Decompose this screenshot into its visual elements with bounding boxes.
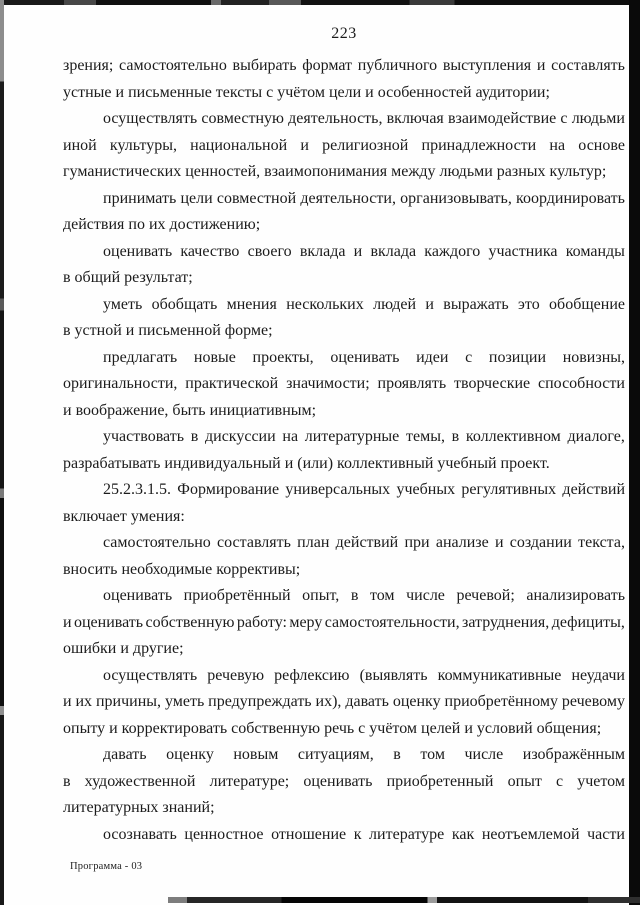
- text-line: предлагатьновыепроекты,оцениватьидеиспоз…: [63, 345, 625, 372]
- text-line: 25.2.3.1.5.Формированиеуниверсальныхучеб…: [63, 477, 625, 504]
- word: иной: [63, 133, 97, 160]
- text-line: в устной и письменной форме;: [63, 318, 625, 345]
- word: речевому: [562, 689, 625, 716]
- word: универсальных: [285, 477, 390, 504]
- word: людьми: [572, 106, 625, 133]
- word: и: [354, 239, 363, 266]
- word: литературе: [369, 822, 444, 849]
- word: обобщение: [549, 292, 625, 319]
- text-line: включает умения:: [63, 504, 625, 531]
- word: речевую: [207, 663, 264, 690]
- text-line: осуществлятьречевуюрефлексию(выявлятьком…: [63, 663, 625, 690]
- word: давать: [103, 742, 147, 769]
- word: приобретённому: [445, 689, 558, 716]
- word: опыт,: [302, 583, 339, 610]
- word: каждого: [424, 239, 480, 266]
- text-line: даватьоценкуновымситуациям,втомчислеизоб…: [63, 742, 625, 769]
- text-line: в общий результат;: [63, 265, 625, 292]
- word: деятельность,: [288, 106, 382, 133]
- text-line: литературных знаний;: [63, 795, 625, 822]
- word: обобщать: [152, 292, 218, 319]
- word: неудачи: [571, 663, 624, 690]
- word: их: [75, 689, 92, 716]
- word: в: [191, 424, 199, 451]
- word: давать: [345, 689, 389, 716]
- text-line: приниматьцелисовместнойдеятельности,орга…: [63, 186, 625, 213]
- word: том: [420, 742, 445, 769]
- word: предлагать: [103, 345, 177, 372]
- word: выступления: [443, 53, 531, 80]
- word: самостоятельности,: [325, 610, 460, 637]
- word: культуры,: [110, 133, 177, 160]
- text-line: оцениватьприобретённыйопыт,втомчислерече…: [63, 583, 625, 610]
- word: оценку: [393, 689, 441, 716]
- page-content: 223 зрения;самостоятельновыбиратьформатп…: [63, 0, 625, 905]
- word: анализе: [436, 530, 489, 557]
- word: с: [465, 345, 472, 372]
- text-line: оригинальности,практическойзначимости;пр…: [63, 371, 625, 398]
- word: качество: [180, 239, 239, 266]
- word: и: [425, 292, 434, 319]
- word: дефициты,: [552, 610, 625, 637]
- word: 25.2.3.1.5.: [103, 477, 171, 504]
- word: регулятивных: [461, 477, 556, 504]
- word: вклада: [300, 239, 346, 266]
- word: основе: [578, 133, 625, 160]
- word: опыт: [508, 769, 542, 796]
- word: деятельности,: [300, 186, 396, 213]
- text-line: осуществлятьсовместнуюдеятельность,включ…: [63, 106, 625, 133]
- word: на: [549, 133, 565, 160]
- word: проявлять: [378, 371, 447, 398]
- word: практической: [185, 371, 278, 398]
- word: литературе;: [210, 769, 290, 796]
- word: принадлежности: [422, 133, 537, 160]
- text-line: ошибки и другие;: [63, 636, 625, 663]
- text-line: инойкультуры,национальнойирелигиознойпри…: [63, 133, 625, 160]
- word: оценивать: [330, 345, 399, 372]
- word: в: [452, 424, 460, 451]
- word: действий: [336, 530, 399, 557]
- word: и: [495, 530, 504, 557]
- word: оценивать: [74, 610, 143, 637]
- word: рефлексию: [274, 663, 349, 690]
- word: (выявлять: [360, 663, 428, 690]
- word: уметь: [165, 689, 204, 716]
- word: с: [560, 106, 567, 133]
- word: выбирать: [233, 53, 297, 80]
- word: в: [351, 583, 359, 610]
- word: план: [297, 530, 329, 557]
- word: числе: [464, 742, 503, 769]
- word: части: [587, 822, 625, 849]
- text-line: иихпричины,уметьпредупреждатьих),даватьо…: [63, 689, 625, 716]
- word: мнения: [227, 292, 277, 319]
- word: оценивать: [103, 583, 172, 610]
- word: числе: [406, 583, 445, 610]
- word: литературные: [305, 424, 400, 451]
- word: на: [282, 424, 298, 451]
- word: формат: [302, 53, 352, 80]
- word: осуществлять: [103, 663, 197, 690]
- word: ситуациям,: [298, 742, 374, 769]
- word: идеи: [416, 345, 448, 372]
- text-line: гуманистических ценностей, взаимопониман…: [63, 159, 625, 186]
- footer-label: Программа - 03: [70, 861, 142, 872]
- word: новизны,: [563, 345, 625, 372]
- word: учебных: [396, 477, 455, 504]
- word: принимать: [103, 186, 176, 213]
- word: создании: [510, 530, 572, 557]
- word: значимости;: [286, 371, 370, 398]
- word: неотъемлемой: [482, 822, 580, 849]
- word: нескольких: [286, 292, 364, 319]
- word: взаимодействие: [448, 106, 556, 133]
- word: дискуссии: [205, 424, 276, 451]
- word: новые: [194, 345, 236, 372]
- word: Формирование: [177, 477, 279, 504]
- word: их),: [316, 689, 342, 716]
- word: участвовать: [103, 424, 184, 451]
- word: речевой;: [456, 583, 514, 610]
- word: совместную: [201, 106, 284, 133]
- text-line: и воображение, быть инициативным;: [63, 398, 625, 425]
- word: участника: [489, 239, 558, 266]
- word: совместной: [217, 186, 296, 213]
- word: ценностное: [184, 822, 263, 849]
- word: зрения;: [63, 53, 113, 80]
- word: темы,: [406, 424, 445, 451]
- word: приобретённый: [184, 583, 291, 610]
- word: к: [354, 822, 362, 849]
- text-line: вхудожественнойлитературе;оцениватьприоб…: [63, 769, 625, 796]
- text-line: участвоватьвдискуссииналитературныетемы,…: [63, 424, 625, 451]
- word: своего: [248, 239, 292, 266]
- word: анализировать: [526, 583, 625, 610]
- word: отношение: [271, 822, 346, 849]
- text-line: иоцениватьсобственнуюработу:мерусамостоя…: [63, 610, 625, 637]
- word: координировать: [516, 186, 625, 213]
- word: коллективном: [466, 424, 561, 451]
- word: составлять: [551, 53, 625, 80]
- document-page: 223 зрения;самостоятельновыбиратьформатп…: [0, 0, 640, 905]
- word: причины,: [96, 689, 161, 716]
- scan-edge-left: [0, 0, 4, 905]
- text-line: разрабатывать индивидуальный и (или) кол…: [63, 451, 625, 478]
- word: приобретенный: [387, 769, 494, 796]
- text-line: вносить необходимые коррективы;: [63, 557, 625, 584]
- text-line: зрения;самостоятельновыбиратьформатпубли…: [63, 53, 625, 80]
- word: творческие: [454, 371, 530, 398]
- text-line: осознаватьценностноеотношениеклитературе…: [63, 822, 625, 849]
- word: при: [404, 530, 429, 557]
- word: как: [452, 822, 474, 849]
- text-line: опыту и корректировать собственную речь …: [63, 716, 625, 743]
- text-line: оцениватькачествосвоеговкладаивкладакажд…: [63, 239, 625, 266]
- word: позиции: [489, 345, 546, 372]
- word: в: [63, 769, 71, 796]
- word: и: [63, 689, 72, 716]
- word: публичного: [358, 53, 437, 80]
- word: оценку: [166, 742, 214, 769]
- word: выражать: [443, 292, 508, 319]
- word: коммуникативные: [438, 663, 562, 690]
- body-text: зрения;самостоятельновыбиратьформатпубли…: [63, 53, 625, 848]
- word: и: [63, 610, 72, 637]
- word: в: [393, 742, 401, 769]
- word: действий: [562, 477, 625, 504]
- word: оценивать: [303, 769, 372, 796]
- word: художественной: [85, 769, 196, 796]
- word: с: [556, 769, 563, 796]
- word: включая: [387, 106, 444, 133]
- text-line: уметьобобщатьмнениянесколькихлюдейивыраж…: [63, 292, 625, 319]
- word: цели: [180, 186, 212, 213]
- word: осуществлять: [103, 106, 197, 133]
- word: религиозной: [322, 133, 408, 160]
- word: команды: [566, 239, 625, 266]
- page-number: 223: [63, 25, 625, 43]
- word: диалоге,: [568, 424, 625, 451]
- word: способности: [538, 371, 625, 398]
- word: том: [370, 583, 395, 610]
- word: оригинальности,: [63, 371, 177, 398]
- word: учетом: [577, 769, 625, 796]
- word: меру: [289, 610, 322, 637]
- word: национальной: [190, 133, 287, 160]
- word: и: [537, 53, 546, 80]
- word: самостоятельно: [103, 530, 211, 557]
- word: работу:: [237, 610, 287, 637]
- word: оценивать: [103, 239, 172, 266]
- word: текста,: [578, 530, 625, 557]
- text-line: самостоятельносоставлятьпландействийприа…: [63, 530, 625, 557]
- word: составлять: [217, 530, 291, 557]
- word: уметь: [103, 292, 142, 319]
- word: самостоятельно: [119, 53, 227, 80]
- text-line: действия по их достижению;: [63, 212, 625, 239]
- word: затруднения,: [462, 610, 549, 637]
- word: предупреждать: [208, 689, 311, 716]
- word: людей: [373, 292, 416, 319]
- word: вклада: [370, 239, 416, 266]
- word: собственную: [145, 610, 234, 637]
- text-line: устные и письменные тексты с учётом цели…: [63, 80, 625, 107]
- word: это: [518, 292, 540, 319]
- word: проекты,: [253, 345, 314, 372]
- word: осознавать: [103, 822, 177, 849]
- word: и: [300, 133, 309, 160]
- word: изображённым: [523, 742, 625, 769]
- word: новым: [233, 742, 278, 769]
- word: организовывать,: [400, 186, 512, 213]
- scan-edge-right: [629, 0, 640, 905]
